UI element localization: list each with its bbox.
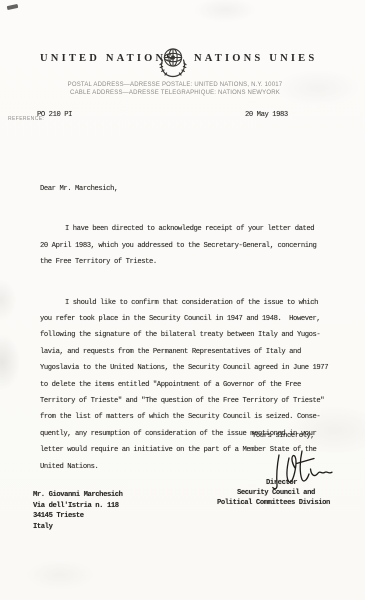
body-line: to delete the items entitled "Appointmen…: [40, 377, 336, 393]
recipient-address-line: Via dell'Istria n. 118: [33, 501, 123, 512]
letterhead-address-lines: POSTAL ADDRESS—ADRESSE POSTALE: UNITED N…: [58, 81, 292, 97]
body-line: lavia, and requests from the Permanent R…: [40, 344, 336, 360]
closing-salutation: Yours sincerely,: [252, 432, 314, 440]
letterhead-title-french: NATIONS UNIES: [194, 53, 317, 64]
signer-title: Director: [266, 479, 297, 487]
body-line: I should like to confirm that considerat…: [40, 295, 336, 311]
recipient-address-line: Italy: [33, 522, 123, 533]
signer-division-line1: Security Council and: [237, 489, 315, 497]
body-line: from the list of matters of which the Se…: [40, 409, 336, 425]
body-line: I have been directed to acknowledge rece…: [40, 221, 336, 237]
body-line: following the signature of the bilateral…: [40, 327, 336, 343]
letter-date: 20 May 1983: [245, 111, 288, 119]
paragraph-1: I have been directed to acknowledge rece…: [40, 221, 336, 270]
body-line: you refer took place in the Security Cou…: [40, 311, 336, 327]
postal-address-line: POSTAL ADDRESS—ADRESSE POSTALE: UNITED N…: [58, 81, 292, 89]
reference-code: PO 210 PI: [37, 111, 72, 119]
letter-body: Dear Mr. Marchesich, I have been directe…: [40, 165, 336, 491]
letterhead-title-english: UNITED NATIONS: [40, 53, 175, 64]
signer-division-line2: Political Committees Division: [217, 499, 330, 507]
salutation: Dear Mr. Marchesich,: [40, 181, 336, 197]
un-emblem-icon: [158, 44, 188, 83]
recipient-address-line: 34145 Trieste: [33, 511, 123, 522]
body-line: Territory of Trieste" and "The question …: [40, 393, 336, 409]
body-line: Yugoslavia to the United Nations, the Se…: [40, 360, 336, 376]
scanned-letter-page: UNITED NATIONS NATIONS UNIES POSTAL ADDR…: [0, 0, 365, 600]
scan-artifact-mark: [7, 4, 19, 10]
recipient-address: Mr. Giovanni MarchesichVia dell'Istria n…: [33, 490, 123, 532]
recipient-address-line: Mr. Giovanni Marchesich: [33, 490, 123, 501]
cable-address-line: CABLE ADDRESS—ADRESSE TELEGRAPHIQUE: NAT…: [58, 89, 292, 97]
body-line: the Free Territory of Trieste.: [40, 254, 336, 270]
body-line: 20 April 1983, which you addressed to th…: [40, 238, 336, 254]
